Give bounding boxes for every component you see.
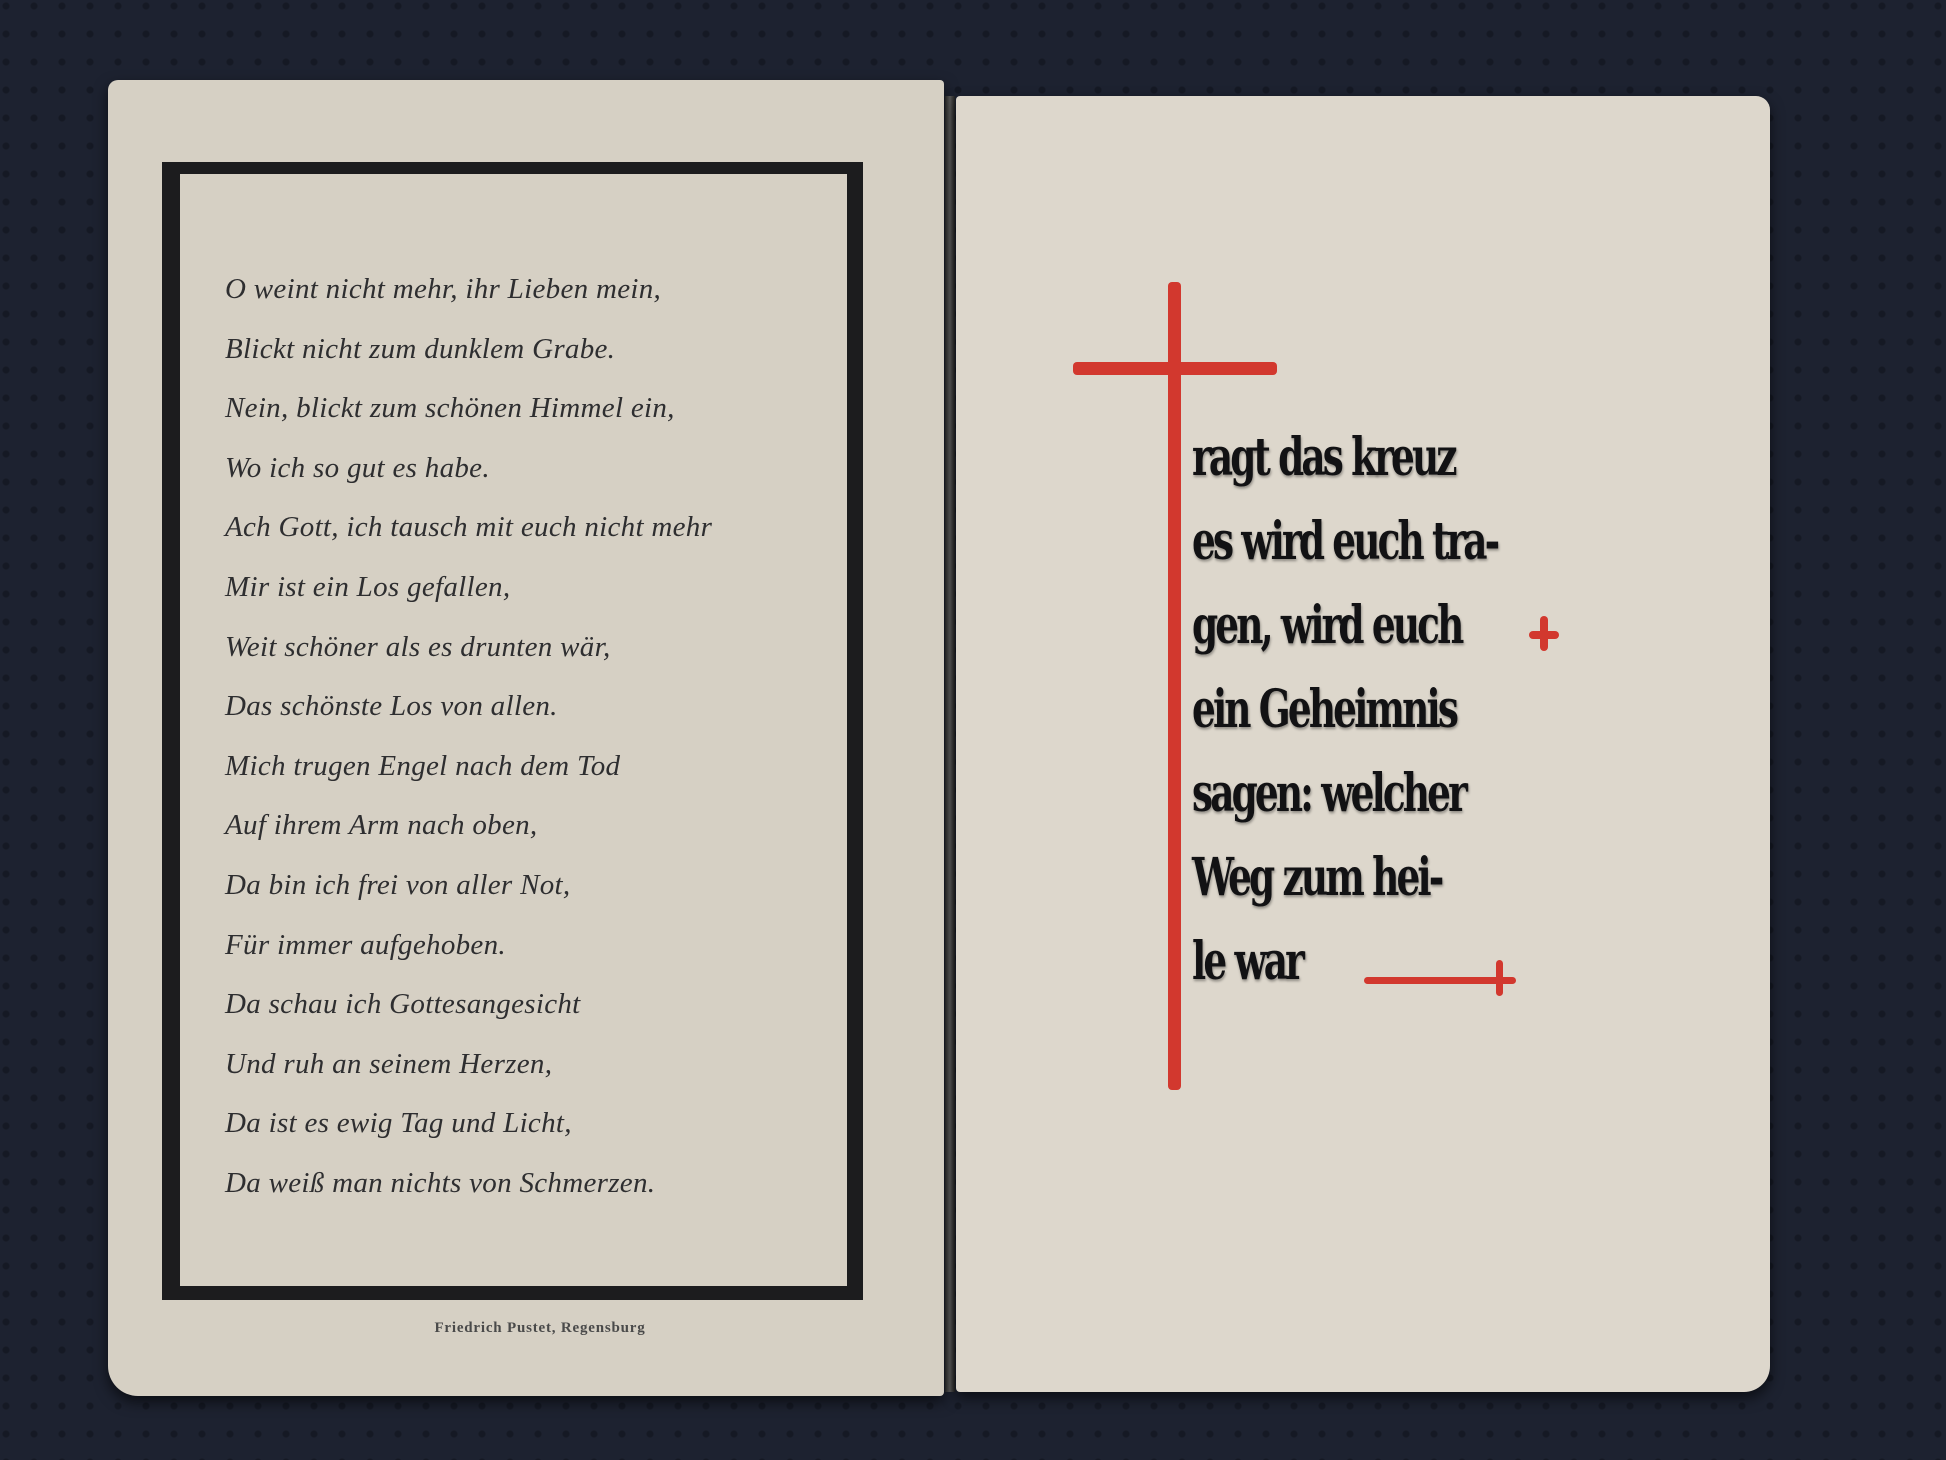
publisher-imprint: Friedrich Pustet, Regensburg [380, 1320, 700, 1337]
poem-line: Ach Gott, ich tausch mit euch nicht mehr [225, 498, 865, 558]
cross-icon [1168, 282, 1181, 1090]
verse-line: Weg zum hei- [1192, 836, 1480, 920]
poem-line: Da ist es ewig Tag und Licht, [225, 1094, 865, 1154]
poem-line: Und ruh an seinem Herzen, [225, 1035, 865, 1095]
poem-line: Mich trugen Engel nach dem Tod [225, 737, 865, 797]
poem-line: Für immer aufgehoben. [225, 916, 865, 976]
verse-line: ragt das kreuz [1192, 416, 1480, 500]
card-fold [945, 96, 955, 1392]
left-page: O weint nicht mehr, ihr Lieben mein, Bli… [108, 80, 944, 1396]
cross-icon-bar [1073, 362, 1277, 375]
poem-line: Da weiß man nichts von Schmerzen. [225, 1154, 865, 1214]
poem-line: Da bin ich frei von aller Not, [225, 856, 865, 916]
poem-line: Auf ihrem Arm nach oben, [225, 796, 865, 856]
poem-line: Nein, blickt zum schönen Himmel ein, [225, 379, 865, 439]
verse-line: le war [1192, 920, 1480, 1004]
blackletter-verse: ragt das kreuz es wird euch tra- gen, wi… [1192, 416, 1592, 1004]
verse-line: ein Geheimnis [1192, 668, 1480, 752]
verse-line: sagen: welcher [1192, 752, 1480, 836]
poem-line: Weit schöner als es drunten wär, [225, 618, 865, 678]
right-page: ragt das kreuz es wird euch tra- gen, wi… [956, 96, 1770, 1392]
poem-line: Blickt nicht zum dunklem Grabe. [225, 320, 865, 380]
poem-line: Mir ist ein Los gefallen, [225, 558, 865, 618]
poem-line: Da schau ich Gottesangesicht [225, 975, 865, 1035]
poem-line: Wo ich so gut es habe. [225, 439, 865, 499]
verse-line: gen, wird euch [1192, 584, 1480, 668]
poem-line: O weint nicht mehr, ihr Lieben mein, [225, 260, 865, 320]
verse-line: es wird euch tra- [1192, 500, 1480, 584]
poem-line: Das schönste Los von allen. [225, 677, 865, 737]
poem: O weint nicht mehr, ihr Lieben mein, Bli… [225, 260, 865, 1214]
